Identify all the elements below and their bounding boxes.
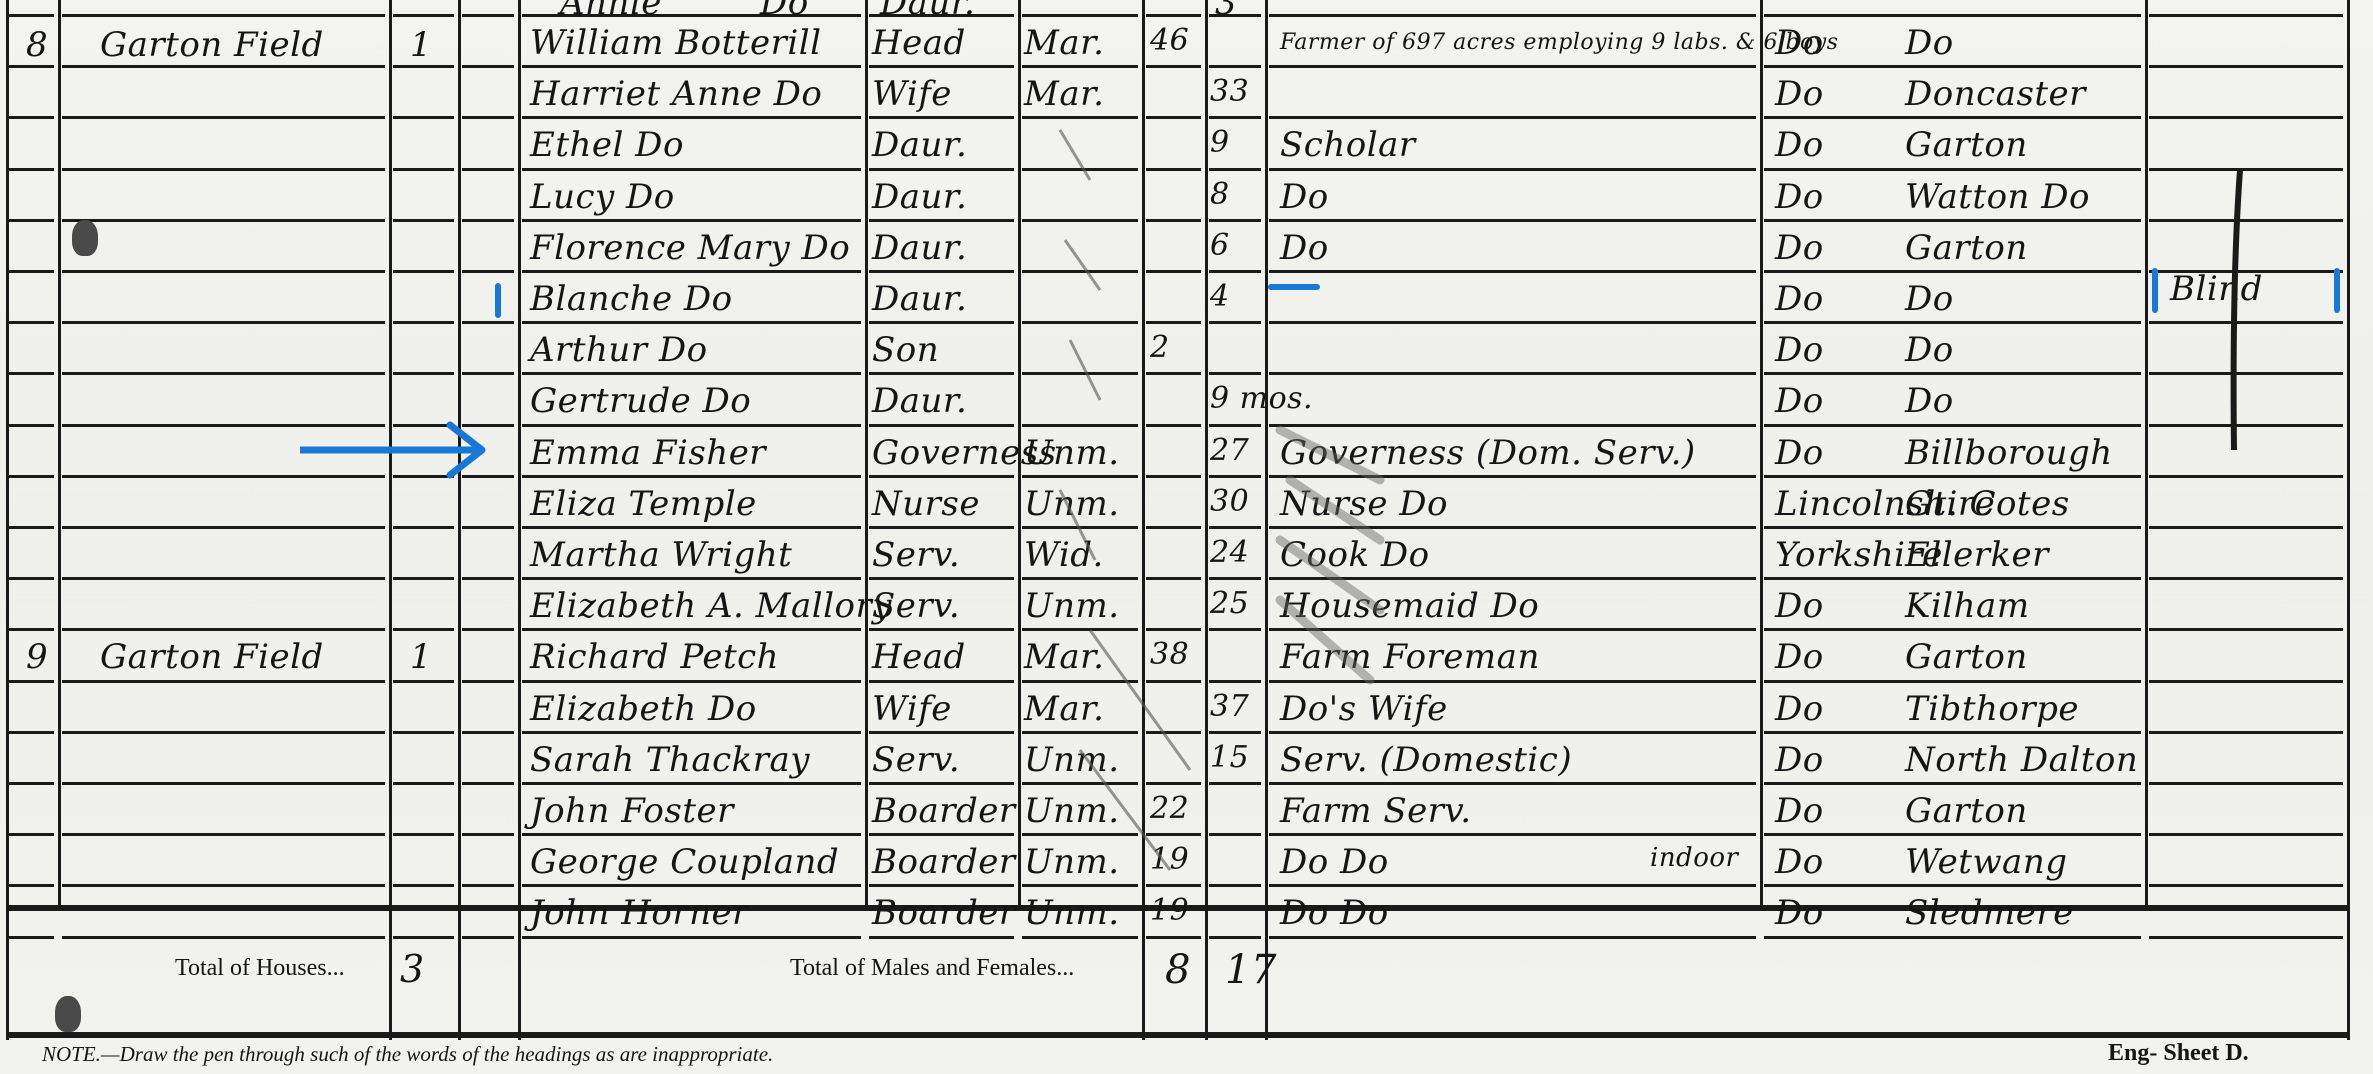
row-rule [462, 884, 514, 887]
birthplace-county: Do [1775, 743, 1824, 777]
row-rule [1764, 936, 2141, 939]
row-rule [522, 884, 861, 887]
relation-to-head: Daur. [872, 231, 967, 265]
row-rule [869, 884, 1014, 887]
row-rule [393, 65, 454, 68]
row-rule [869, 833, 1014, 836]
birthplace-county: Do [1775, 77, 1824, 111]
row-rule [6, 628, 54, 631]
rule-right-border [2347, 0, 2350, 1040]
birthplace-town: Do [1905, 384, 1954, 418]
row-rule [1269, 731, 1756, 734]
row-rule [1764, 680, 2141, 683]
row-rule [6, 680, 54, 683]
row-rule [869, 270, 1014, 273]
highlight-dash-occupation [1268, 284, 1320, 290]
person-name: Gertrude Do [530, 384, 751, 418]
bracket-note-indoor: indoor [1650, 845, 1738, 871]
row-rule [522, 116, 861, 119]
row-rule [1269, 936, 1756, 939]
row-rule [462, 219, 514, 222]
rule-name-col [865, 0, 868, 910]
birthplace-county: Do [1775, 794, 1824, 828]
rule-uninhabited-col [518, 0, 521, 1040]
row-rule [393, 628, 454, 631]
occupation: Do [1280, 231, 1329, 265]
row-rule [2149, 577, 2343, 580]
row-rule [62, 372, 385, 375]
arrow-pointer-icon [300, 420, 500, 480]
row-rule [2149, 782, 2343, 785]
row-rule [393, 321, 454, 324]
birthplace-county: Do [1775, 180, 1824, 214]
pencil-crossout-marks [1260, 420, 1500, 720]
birthplace-county: Do [1775, 333, 1824, 367]
row-rule [6, 116, 54, 119]
row-rule [1269, 14, 1756, 17]
rule-address-col [389, 0, 392, 1040]
row-rule [462, 731, 514, 734]
row-rule [6, 14, 54, 17]
person-name: Ethel Do [530, 128, 684, 162]
row-rule [2149, 14, 2343, 17]
row-rule [1764, 219, 2141, 222]
relation-to-head: Serv. [872, 743, 960, 777]
row-rule [1764, 270, 2141, 273]
relation-to-head: Wife [872, 692, 952, 726]
row-rule [62, 270, 385, 273]
row-rule [1269, 270, 1756, 273]
person-name: Florence Mary Do [530, 231, 850, 265]
person-name: William Botterill [530, 26, 821, 60]
pencil-tally-marks [1030, 110, 1230, 930]
row-rule [2149, 65, 2343, 68]
birthplace-town: Doncaster [1905, 77, 2086, 111]
row-rule [62, 219, 385, 222]
row-rule [462, 526, 514, 529]
person-name: Emma Fisher [530, 436, 766, 470]
row-rule [1269, 372, 1756, 375]
age-female: 33 [1210, 77, 1249, 107]
occupation: Farm Serv. [1280, 794, 1472, 828]
marital-condition: Mar. [1024, 26, 1104, 60]
row-rule [6, 168, 54, 171]
row-rule [62, 14, 385, 17]
total-persons-label: Total of Males and Females... [790, 955, 1074, 982]
row-rule [1022, 65, 1138, 68]
row-rule [393, 833, 454, 836]
relation-to-head: Boarder [872, 896, 1016, 930]
person-name: Richard Petch [530, 640, 779, 674]
relation-to-head: Head [872, 640, 966, 674]
rule-birthplace-col [2145, 0, 2148, 910]
row-rule [6, 577, 54, 580]
relation-to-head: Nurse [872, 487, 980, 521]
row-rule [1764, 321, 2141, 324]
row-rule [462, 116, 514, 119]
birthplace-town: Do [1905, 333, 1954, 367]
row-rule [869, 577, 1014, 580]
row-rule [62, 577, 385, 580]
row-rule [869, 116, 1014, 119]
row-rule [1764, 628, 2141, 631]
relation-to-head: Daur. [872, 180, 967, 214]
row-rule [522, 833, 861, 836]
birthplace-county: Do [1775, 26, 1824, 60]
pencil-vertical-stroke [2220, 160, 2260, 460]
row-rule [62, 680, 385, 683]
row-rule [869, 372, 1014, 375]
birthplace-county: Do [1775, 282, 1824, 316]
row-rule [462, 577, 514, 580]
row-rule [462, 372, 514, 375]
relation-to-head: Boarder [872, 794, 1016, 828]
row-rule [1764, 424, 2141, 427]
row-rule [393, 577, 454, 580]
birthplace-county: Do [1775, 692, 1824, 726]
houses-inhabited-8: 1 [410, 28, 432, 62]
birthplace-town: Ellerker [1905, 538, 2049, 572]
row-rule [6, 526, 54, 529]
row-rule [6, 475, 54, 478]
ink-blot-mark [72, 220, 98, 256]
relation-to-head: Son [872, 333, 939, 367]
person-name: Blanche Do [530, 282, 733, 316]
rule-occupation-col [1760, 0, 1763, 910]
row-rule [2149, 936, 2343, 939]
marital-condition: Mar. [1024, 77, 1104, 111]
person-name: Sarah Thackray [530, 743, 810, 777]
birthplace-county: Do [1775, 896, 1824, 930]
row-rule [1764, 14, 2141, 17]
row-rule [522, 168, 861, 171]
row-rule [62, 731, 385, 734]
rule-schedule-col [58, 0, 61, 910]
row-rule [522, 270, 861, 273]
person-name: George Coupland [530, 845, 839, 879]
person-name: Lucy Do [530, 180, 675, 214]
row-rule [522, 577, 861, 580]
row-rule [393, 731, 454, 734]
row-rule [1269, 116, 1756, 119]
row-rule [1269, 884, 1756, 887]
schedule-number-8: 8 [26, 28, 48, 62]
occupation: Farmer of 697 acres employing 9 labs. & … [1280, 32, 1839, 54]
row-rule [1269, 833, 1756, 836]
address-household-8: Garton Field [100, 28, 324, 62]
row-rule [869, 731, 1014, 734]
birthplace-town: Kilham [1905, 589, 2030, 623]
birthplace-county: Do [1775, 128, 1824, 162]
row-rule [6, 833, 54, 836]
person-name: John Horner [530, 896, 749, 930]
row-rule [62, 628, 385, 631]
row-rule [522, 628, 861, 631]
row-rule [6, 65, 54, 68]
person-name: John Foster [530, 794, 734, 828]
birthplace-town: Garton [1905, 128, 2028, 162]
birthplace-town: Watton Do [1905, 180, 2090, 214]
row-rule [1764, 782, 2141, 785]
row-rule [522, 321, 861, 324]
row-rule [393, 270, 454, 273]
relation-to-head: Daur. [872, 128, 967, 162]
total-males-value: 8 [1165, 950, 1191, 990]
row-rule [869, 475, 1014, 478]
row-rule [62, 321, 385, 324]
row-rule [1764, 116, 2141, 119]
sheet-label: Eng- Sheet D. [2108, 1040, 2249, 1067]
row-rule [6, 731, 54, 734]
schedule-number-9: 9 [26, 640, 48, 674]
birthplace-county: Do [1775, 384, 1824, 418]
partial-relation: Do [760, 0, 809, 20]
relation-to-head: Boarder [872, 845, 1016, 879]
row-rule [6, 372, 54, 375]
row-rule [462, 936, 514, 939]
row-rule [393, 680, 454, 683]
row-rule [6, 219, 54, 222]
relation-to-head: Serv. [872, 538, 960, 572]
row-rule [393, 219, 454, 222]
birthplace-town: Billborough [1905, 436, 2113, 470]
row-rule [393, 168, 454, 171]
partial-condition: Daur. [880, 0, 975, 20]
row-rule [1146, 65, 1201, 68]
rule-houses-col [458, 0, 461, 1040]
total-females-value: 17 [1225, 950, 1277, 990]
partial-age: 3 [1215, 0, 1237, 20]
row-rule [1146, 14, 1201, 17]
person-name: Harriet Anne Do [530, 77, 822, 111]
row-rule [522, 680, 861, 683]
row-rule [1022, 14, 1138, 17]
row-rule [869, 321, 1014, 324]
row-rule [869, 168, 1014, 171]
row-rule [1269, 65, 1756, 68]
row-rule [1764, 168, 2141, 171]
highlight-marker-blanche [495, 283, 501, 318]
occupation: Serv. (Domestic) [1280, 743, 1572, 777]
row-rule [2149, 475, 2343, 478]
birthplace-county: Do [1775, 436, 1824, 470]
occupation: Do Do [1280, 845, 1389, 879]
birthplace-county: Do [1775, 640, 1824, 674]
row-rule [1764, 475, 2141, 478]
birthplace-county: Do [1775, 589, 1824, 623]
census-sheet: Annie Do Daur. 3 8 Garton Field 1 9 Gart… [0, 0, 2373, 1074]
row-rule [393, 936, 454, 939]
row-rule [2149, 833, 2343, 836]
row-rule [6, 884, 54, 887]
birthplace-town: North Dalton [1905, 743, 2138, 777]
row-rule [393, 116, 454, 119]
row-rule [2149, 116, 2343, 119]
person-name: Elizabeth A. Mallory [530, 589, 892, 623]
row-rule [62, 782, 385, 785]
row-rule [1269, 168, 1756, 171]
row-rule [1269, 219, 1756, 222]
highlight-bracket-left [2152, 268, 2158, 313]
row-rule [869, 526, 1014, 529]
birthplace-town: Gt. Cotes [1905, 487, 2070, 521]
occupation: Do [1280, 180, 1329, 214]
row-rule [62, 884, 385, 887]
row-rule [1764, 884, 2141, 887]
row-rule [522, 782, 861, 785]
row-rule [522, 731, 861, 734]
row-rule [6, 936, 54, 939]
relation-to-head: Daur. [872, 282, 967, 316]
row-rule [462, 168, 514, 171]
row-rule [869, 219, 1014, 222]
row-rule [393, 782, 454, 785]
row-rule [1269, 321, 1756, 324]
person-name: Martha Wright [530, 538, 792, 572]
row-rule [1764, 833, 2141, 836]
birthplace-county: Do [1775, 845, 1824, 879]
row-rule [62, 833, 385, 836]
row-rule [869, 628, 1014, 631]
row-rule [522, 65, 861, 68]
row-rule [62, 936, 385, 939]
occupation: Scholar [1280, 128, 1416, 162]
birthplace-town: Garton [1905, 794, 2028, 828]
birthplace-county: Do [1775, 231, 1824, 265]
birthplace-town: Garton [1905, 640, 2028, 674]
row-rule [462, 321, 514, 324]
row-rule [1764, 577, 2141, 580]
row-rule [1764, 65, 2141, 68]
birthplace-town: Garton [1905, 231, 2028, 265]
relation-to-head: Head [872, 26, 966, 60]
birthplace-town: Do [1905, 26, 1954, 60]
highlight-bracket-right [2334, 268, 2340, 313]
row-rule [522, 936, 861, 939]
total-houses-label: Total of Houses... [175, 955, 345, 982]
row-rule [522, 475, 861, 478]
row-rule [462, 270, 514, 273]
row-rule [462, 14, 514, 17]
row-rule [393, 884, 454, 887]
row-rule [522, 372, 861, 375]
row-rule [522, 526, 861, 529]
row-rule [2149, 731, 2343, 734]
row-rule [1209, 65, 1261, 68]
row-rule [462, 628, 514, 631]
row-rule [462, 782, 514, 785]
total-houses-value: 3 [400, 950, 425, 988]
age-male: 46 [1150, 26, 1189, 56]
birthplace-town: Tibthorpe [1905, 692, 2079, 726]
row-rule [2149, 680, 2343, 683]
row-rule [6, 424, 54, 427]
ink-blot-mark [55, 996, 81, 1032]
row-rule [62, 116, 385, 119]
row-rule [869, 680, 1014, 683]
row-rule [6, 782, 54, 785]
person-name: Elizabeth Do [530, 692, 757, 726]
row-rule [522, 219, 861, 222]
row-rule [1764, 526, 2141, 529]
row-rule [1022, 936, 1138, 939]
row-rule [62, 526, 385, 529]
row-rule [393, 14, 454, 17]
person-name: Eliza Temple [530, 487, 757, 521]
birthplace-town: Wetwang [1905, 845, 2068, 879]
birthplace-town: Sledmere [1905, 896, 2074, 930]
row-rule [869, 782, 1014, 785]
row-rule [462, 65, 514, 68]
row-rule [869, 424, 1014, 427]
occupation: Do Do [1280, 896, 1389, 930]
row-rule [393, 372, 454, 375]
row-rule [1764, 372, 2141, 375]
row-rule [1269, 782, 1756, 785]
row-rule [462, 833, 514, 836]
row-rule [1764, 731, 2141, 734]
row-rule [62, 65, 385, 68]
row-rule [1209, 936, 1261, 939]
birthplace-town: Do [1905, 282, 1954, 316]
row-rule [1146, 936, 1201, 939]
relation-to-head: Daur. [872, 384, 967, 418]
row-rule [2149, 628, 2343, 631]
partial-name: Annie [560, 0, 662, 20]
row-rule [2149, 526, 2343, 529]
row-rule [393, 526, 454, 529]
row-rule [2149, 884, 2343, 887]
address-household-9: Garton Field [100, 640, 324, 674]
relation-to-head: Serv. [872, 589, 960, 623]
row-rule [869, 65, 1014, 68]
row-rule [522, 424, 861, 427]
footer-note: NOTE.—Draw the pen through such of the w… [42, 1042, 773, 1067]
row-rule [462, 680, 514, 683]
row-rule [62, 168, 385, 171]
houses-inhabited-9: 1 [410, 640, 432, 674]
row-rule [6, 321, 54, 324]
relation-to-head: Wife [872, 77, 952, 111]
rule-totals-bottom [6, 1032, 2350, 1038]
row-rule [869, 936, 1014, 939]
row-rule [6, 270, 54, 273]
person-name: Arthur Do [530, 333, 708, 367]
